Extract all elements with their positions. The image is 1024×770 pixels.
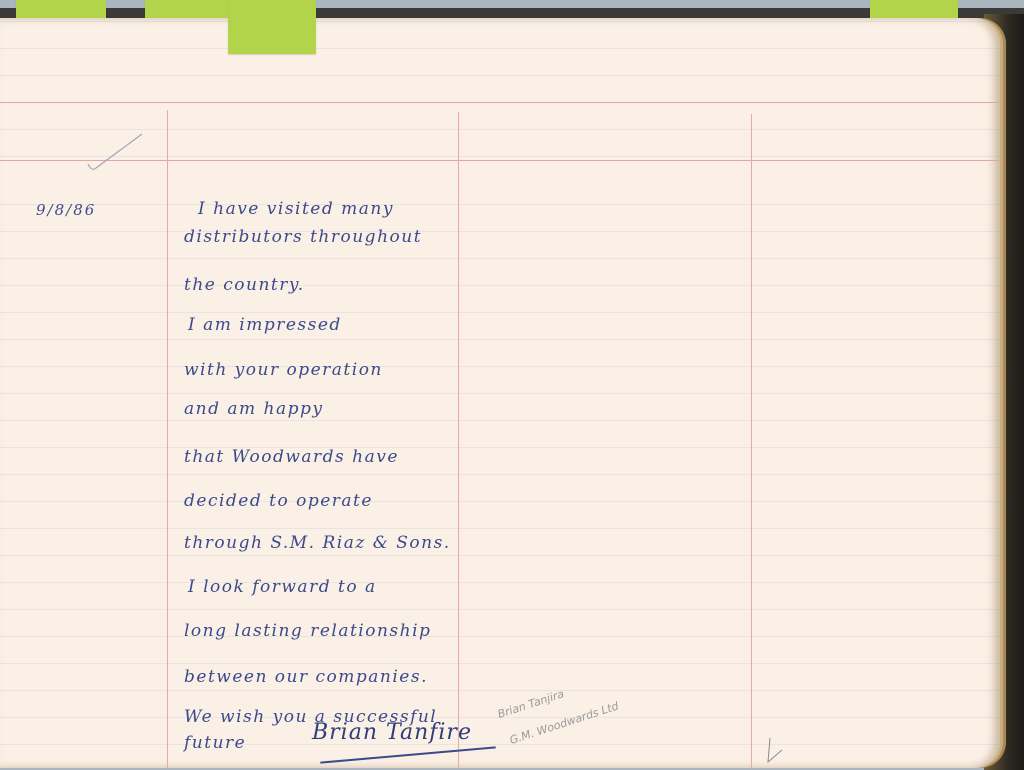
entry-line: I look forward to a — [188, 577, 377, 597]
entry-line: distributors throughout — [184, 227, 422, 247]
sticky-tab-4 — [228, 0, 316, 54]
ruled-lines — [0, 18, 1000, 768]
entry-line: between our companies. — [184, 667, 428, 687]
entry-line: decided to operate — [184, 491, 373, 511]
entry-line: future — [184, 733, 246, 753]
header-rule-bottom — [0, 160, 1000, 161]
sticky-tab-3 — [870, 0, 958, 19]
entry-line: with your operation — [184, 360, 383, 380]
entry-line: and am happy — [184, 399, 323, 419]
header-rule-top — [0, 102, 1000, 103]
entry-line: through S.M. Riaz & Sons. — [184, 533, 451, 553]
column-rule-right — [751, 114, 752, 768]
ledger-page: 9/8/86 I have visited many distributors … — [0, 18, 1000, 768]
entry-line: long lasting relationship — [184, 621, 431, 641]
check-mark-icon — [86, 130, 146, 174]
entry-line: I am impressed — [188, 315, 342, 335]
column-rule-remarks — [458, 112, 459, 768]
column-rule-date — [167, 110, 168, 768]
signature: Brian Tanfire — [312, 720, 472, 745]
sticky-tab-2 — [145, 0, 230, 18]
entry-date: 9/8/86 — [36, 201, 96, 219]
entry-line: the country. — [184, 275, 305, 295]
pencil-tick-icon — [766, 738, 786, 764]
entry-line: I have visited many — [198, 199, 394, 219]
entry-line: that Woodwards have — [184, 447, 399, 467]
